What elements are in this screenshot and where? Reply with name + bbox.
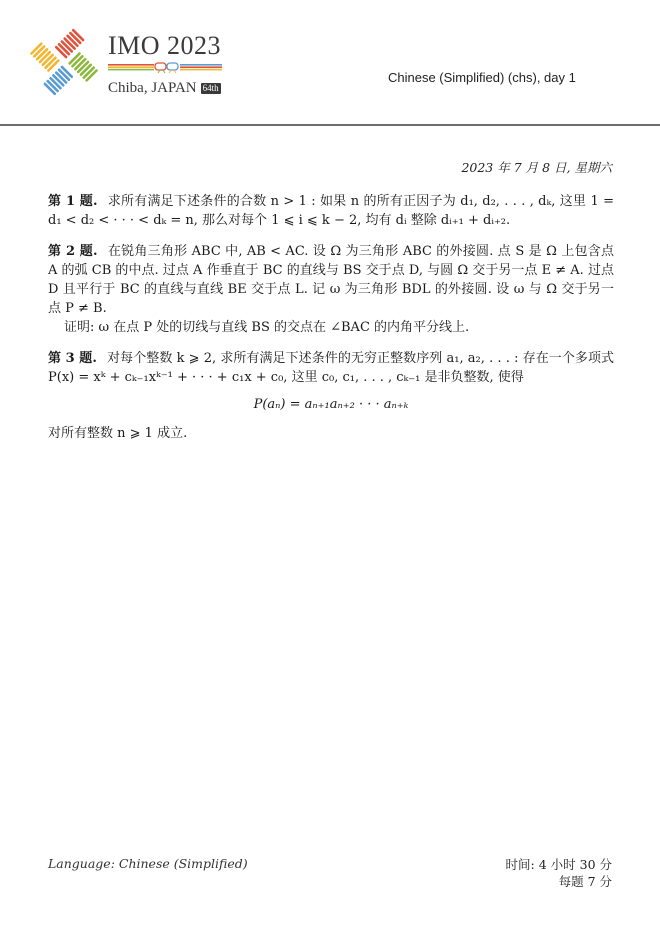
problem-label: 第 2 题.: [48, 244, 98, 259]
logo-ribbon-icon: [108, 62, 222, 74]
problem-1: 第 1 题. 求所有满足下述条件的合数 n > 1 : 如果 n 的所有正因子为…: [48, 192, 614, 230]
header-divider: [0, 124, 660, 126]
problem-2: 第 2 题. 在锐角三角形 ABC 中, AB < AC. 设 Ω 为三角形 A…: [48, 242, 614, 337]
footer-language: Language: Chinese (Simplified): [48, 856, 248, 871]
logo-title: IMO 2023: [108, 33, 228, 59]
problem-3: 第 3 题. 对每个整数 k ⩾ 2, 求所有满足下述条件的无穷正整数序列 a₁…: [48, 349, 614, 443]
problems-section: 第 1 题. 求所有满足下述条件的合数 n > 1 : 如果 n 的所有正因子为…: [48, 192, 614, 455]
logo-wordmark: IMO 2023 Chiba, JAPAN 64th: [108, 33, 228, 97]
problem-text: 在锐角三角形 ABC 中, AB < AC. 设 Ω 为三角形 ABC 的外接圆…: [48, 244, 614, 316]
document-language-label: Chinese (Simplified) (chs), day 1: [388, 70, 576, 85]
problem-text: 求所有满足下述条件的合数 n > 1 : 如果 n 的所有正因子为 d₁, d₂…: [48, 194, 614, 228]
footer-exam-info: 时间: 4 小时 30 分 每题 7 分: [506, 856, 612, 890]
page-header: IMO 2023 Chiba, JAPAN 64th Chinese (Simp…: [0, 0, 660, 126]
points-per-problem: 每题 7 分: [506, 873, 612, 890]
problem-label: 第 1 题.: [48, 194, 97, 209]
problem-label: 第 3 题.: [48, 351, 97, 366]
problem-text: 对每个整数 k ⩾ 2, 求所有满足下述条件的无穷正整数序列 a₁, a₂, .…: [48, 351, 614, 385]
exam-date: 2023 年 7 月 8 日, 星期六: [461, 158, 612, 176]
time-limit: 时间: 4 小时 30 分: [506, 856, 612, 873]
logo-location: Chiba, JAPAN: [108, 79, 197, 97]
problem-proof-statement: 证明: ω 在点 P 处的切线与直线 BS 的交点在 ∠BAC 的内角平分线上.: [48, 318, 614, 337]
logo-subtitle: Chiba, JAPAN 64th: [108, 79, 228, 97]
display-equation: P(aₙ) = aₙ₊₁aₙ₊₂ · · · aₙ₊ₖ: [48, 395, 614, 414]
problem-conclusion: 对所有整数 n ⩾ 1 成立.: [48, 424, 614, 443]
imo-logo-icon: [29, 27, 99, 97]
edition-badge: 64th: [201, 83, 221, 94]
